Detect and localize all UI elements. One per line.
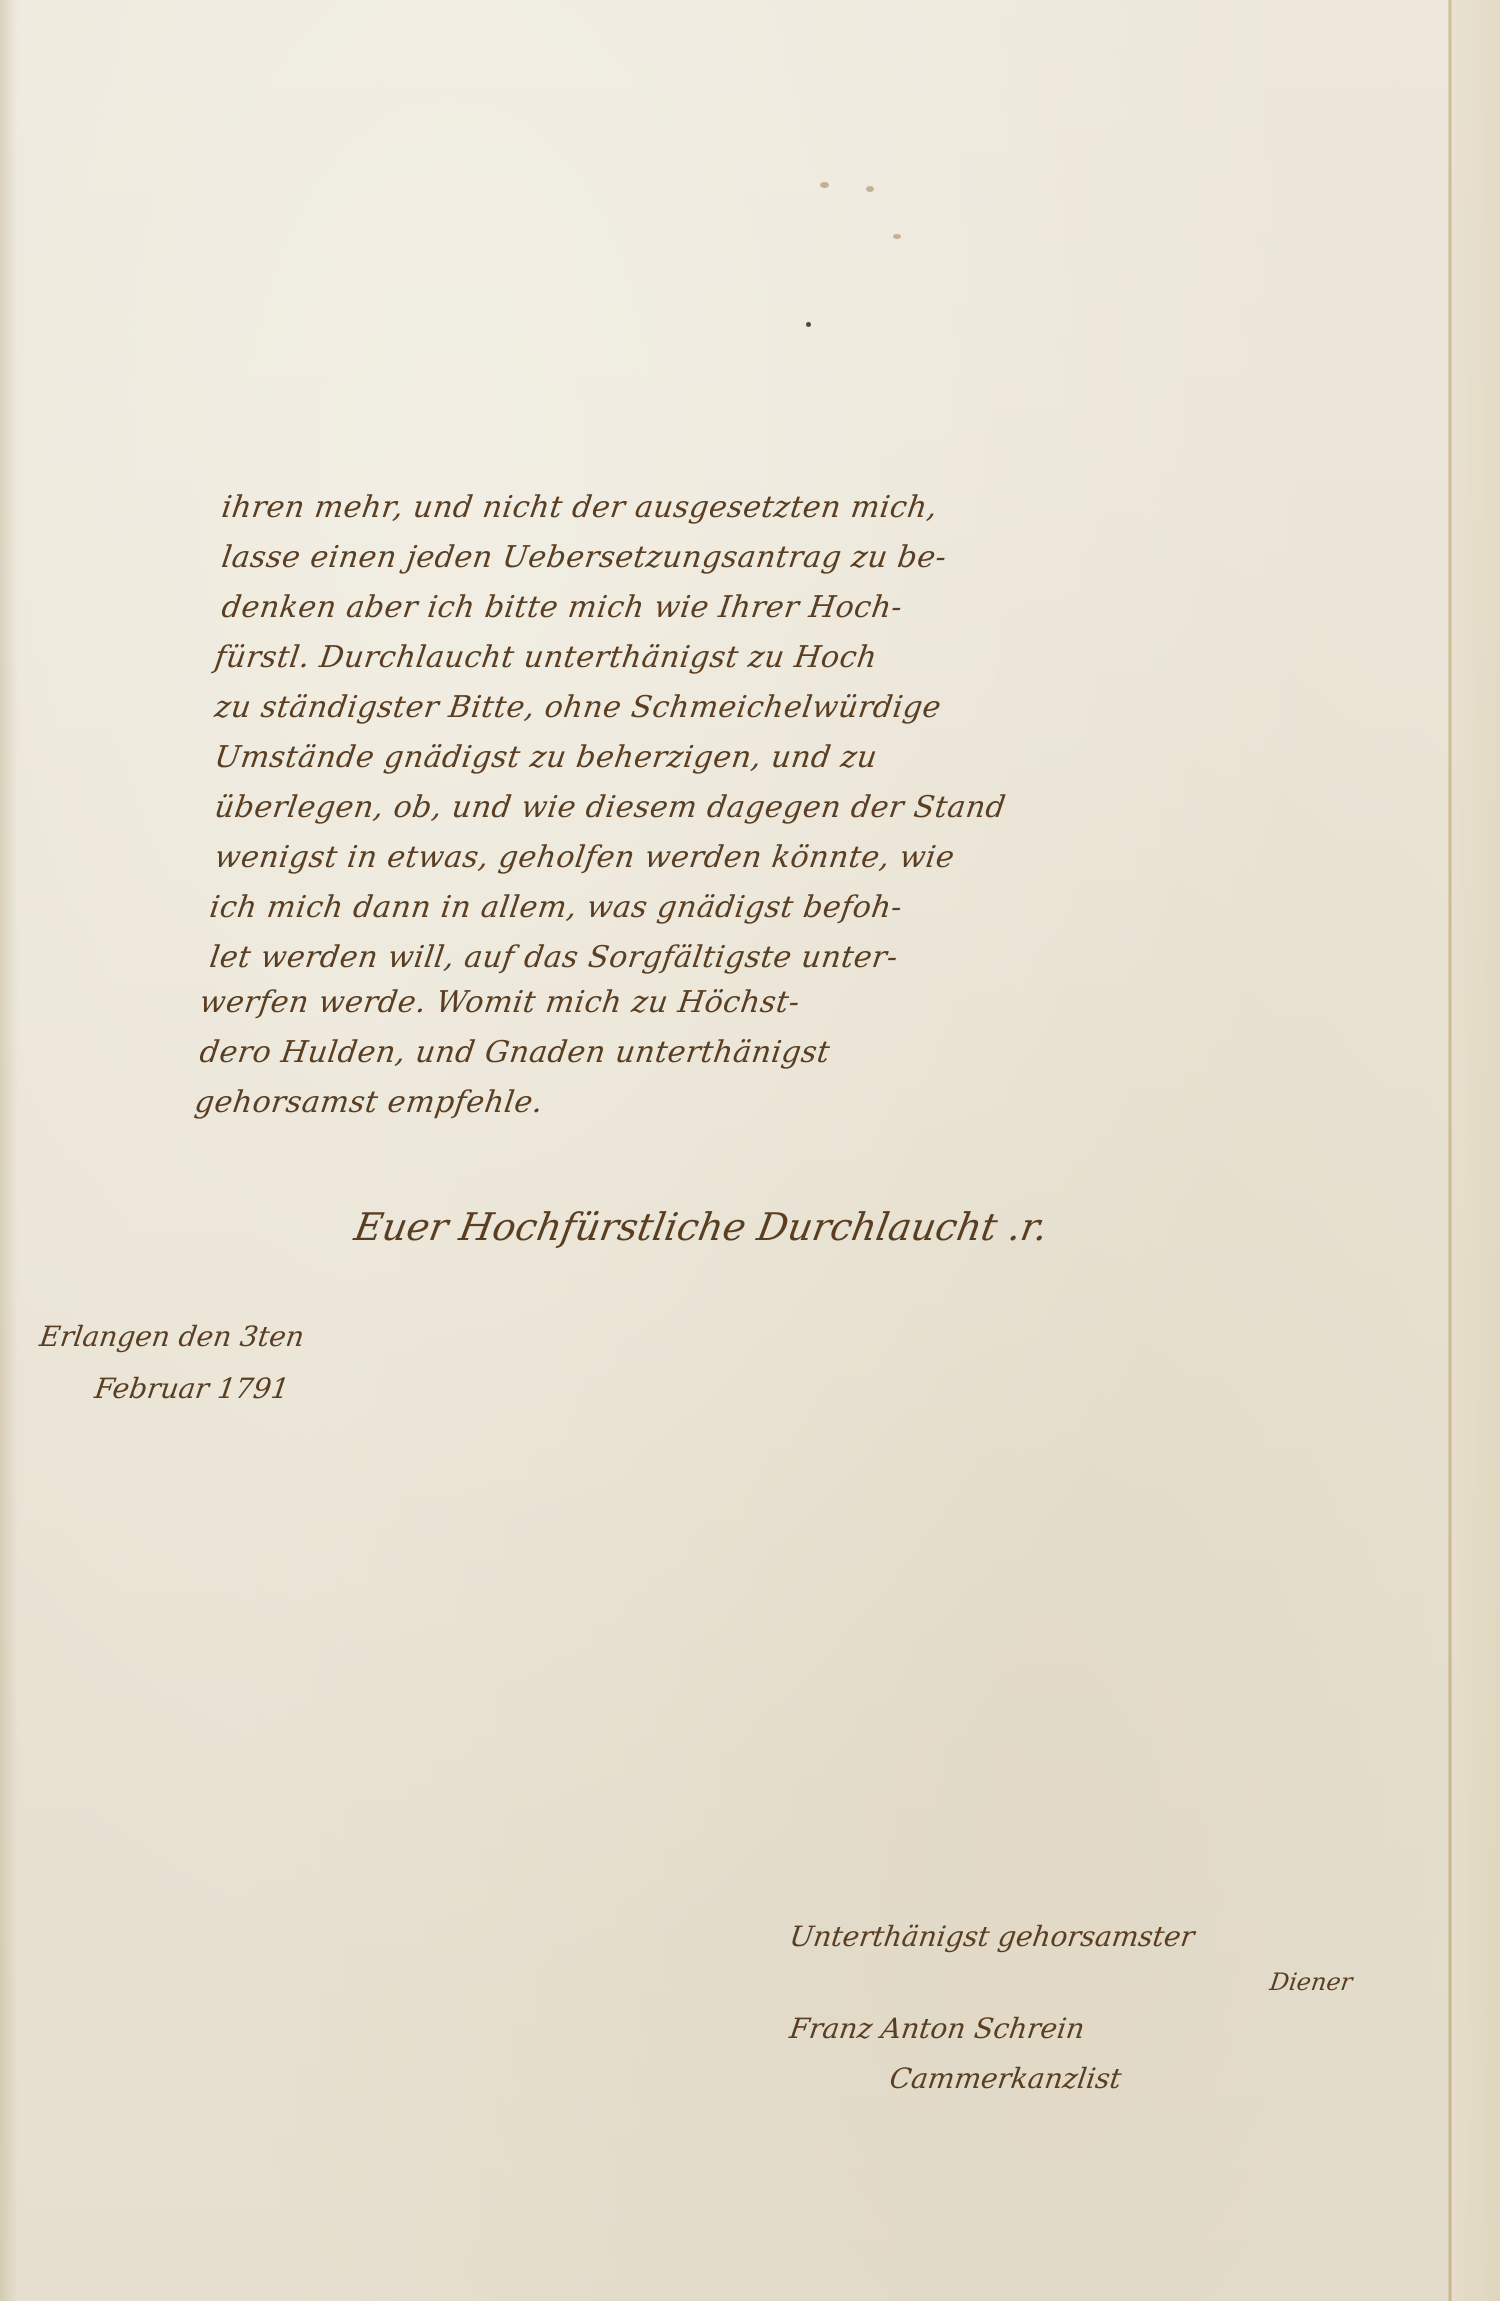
signature-line: Diener: [1268, 1968, 1354, 1996]
body-line: ihren mehr, und nicht der ausgesetzten m…: [220, 490, 940, 525]
page-right-margin: [1452, 0, 1500, 2301]
body-line: fürstl. Durchlaucht unterthänigst zu Hoc…: [213, 640, 880, 675]
page-left-edge-shadow: [0, 0, 18, 2301]
ink-dot: [806, 322, 811, 327]
signature-line: Unterthänigst gehorsamster: [788, 1920, 1197, 1953]
body-line: dero Hulden, und Gnaden unterthänigst: [198, 1035, 833, 1070]
paper-fold-line: [1448, 0, 1452, 2301]
date-line: Februar 1791: [93, 1372, 292, 1405]
body-line: werfen werde. Womit mich zu Höchst-: [198, 985, 803, 1020]
document-page: ihren mehr, und nicht der ausgesetzten m…: [0, 0, 1500, 2301]
closing-salutation: Euer Hochfürstliche Durchlaucht .r.: [351, 1205, 1051, 1249]
paper-stain: [820, 182, 829, 188]
body-line: zu ständigster Bitte, ohne Schmeichelwür…: [213, 690, 944, 725]
signature-name: Franz Anton Schrein: [788, 2012, 1087, 2045]
paper-stain: [893, 234, 901, 239]
body-line: let werden will, auf das Sorgfältigste u…: [208, 940, 901, 975]
body-line: lasse einen jeden Uebersetzungsantrag zu…: [220, 540, 949, 575]
body-line: wenigst in etwas, geholfen werden könnte…: [213, 840, 957, 875]
body-line: denken aber ich bitte mich wie Ihrer Hoc…: [220, 590, 905, 625]
body-line: überlegen, ob, und wie diesem dagegen de…: [213, 790, 1008, 825]
body-line: gehorsamst empfehle.: [193, 1085, 546, 1120]
paper-stain: [866, 186, 874, 192]
body-line: ich mich dann in allem, was gnädigst bef…: [208, 890, 905, 925]
place-line: Erlangen den 3ten: [38, 1320, 307, 1353]
signature-title: Cammerkanzlist: [888, 2062, 1124, 2095]
body-line: Umstände gnädigst zu beherzigen, und zu: [213, 740, 880, 775]
